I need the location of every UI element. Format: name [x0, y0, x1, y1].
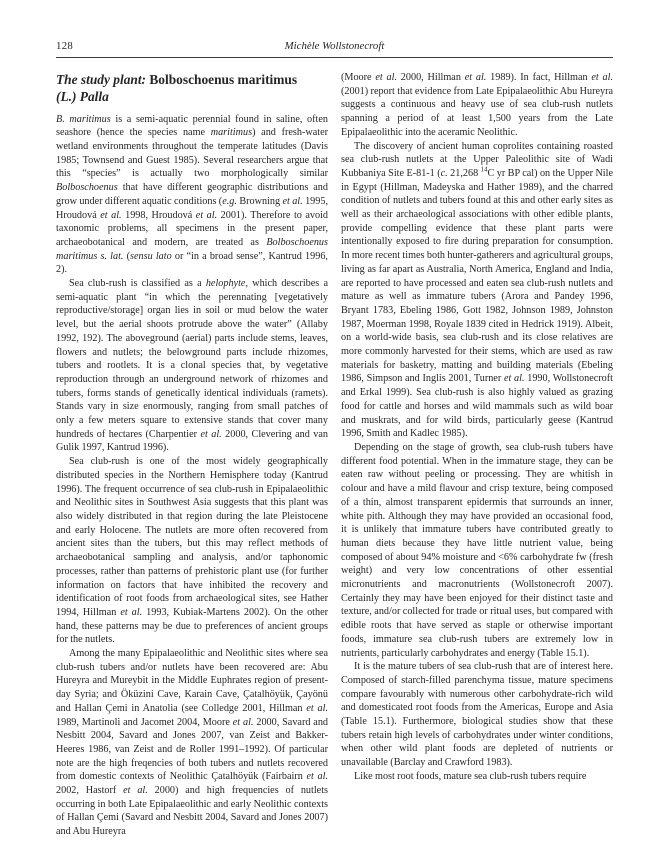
paragraph: (Moore et al. 2000, Hillman et al. 1989)…	[341, 71, 613, 140]
left-column-paragraphs: B. maritimus is a semi-aquatic perennial…	[56, 113, 328, 839]
two-column-text-block: The study plant: Bolboschoenus maritimus…	[56, 71, 613, 839]
paragraph: Among the many Epipalaeolithic and Neoli…	[56, 647, 328, 839]
page-header: 128 Michèle Wollstonecroft	[56, 40, 613, 54]
right-column-paragraphs: (Moore et al. 2000, Hillman et al. 1989)…	[341, 71, 613, 784]
paragraph: It is the mature tubers of sea club-rush…	[341, 660, 613, 770]
book-page: 128 Michèle Wollstonecroft The study pla…	[0, 0, 650, 842]
paragraph: The discovery of ancient human coprolite…	[341, 140, 613, 441]
paragraph: Like most root foods, mature sea club-ru…	[341, 770, 613, 784]
section-heading: The study plant: Bolboschoenus maritimus…	[56, 72, 328, 106]
paragraph: Sea club-rush is classified as a helophy…	[56, 277, 328, 455]
heading-line: (L.) Palla	[56, 89, 328, 106]
paragraph: Sea club-rush is one of the most widely …	[56, 455, 328, 647]
right-column: (Moore et al. 2000, Hillman et al. 1989)…	[341, 71, 613, 839]
paragraph: Depending on the stage of growth, sea cl…	[341, 441, 613, 660]
left-column: The study plant: Bolboschoenus maritimus…	[56, 71, 328, 839]
running-title: Michèle Wollstonecroft	[56, 40, 613, 53]
paragraph: B. maritimus is a semi-aquatic perennial…	[56, 113, 328, 277]
header-rule	[56, 57, 613, 58]
heading-line: The study plant: Bolboschoenus maritimus	[56, 72, 328, 89]
